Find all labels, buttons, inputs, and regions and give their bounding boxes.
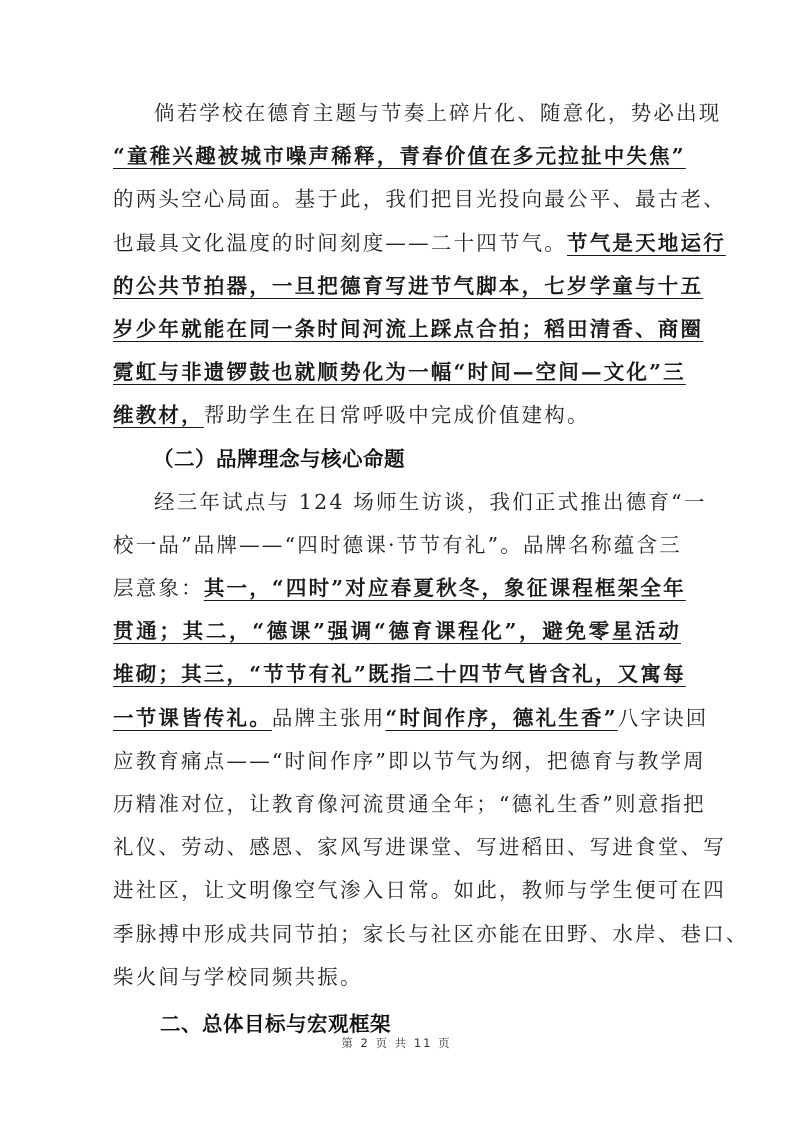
- underlined-emphasis: 维教材，: [113, 403, 204, 427]
- text-line: 倘若学校在德育主题与节奏上碎片化、随意化，势必出现: [113, 92, 681, 135]
- text-line: 也最具文化温度的时间刻度——二十四节气。节气是天地运行: [113, 222, 681, 265]
- text-line: 柴火间与学校同频共振。: [113, 956, 681, 999]
- underlined-emphasis: 一节课皆传礼。: [113, 706, 272, 730]
- underlined-emphasis: 其一，“四时”对应春夏秋冬，象征课程框架全年: [204, 576, 686, 600]
- text-run: 经三年试点与 124 场师生访谈，我们正式推出德育“一: [154, 490, 707, 514]
- text-run: 品牌主张用: [272, 706, 386, 730]
- text-line: “童稚兴趣被城市噪声稀释，青春价值在多元拉扯中失焦”: [113, 135, 681, 178]
- text-line: 堆砌；其三，“节节有礼”既指二十四节气皆含礼，又寓每: [113, 653, 681, 696]
- page-footer: 第 2 页 共 11 页: [0, 1035, 793, 1051]
- text-run: 层意象：: [113, 576, 204, 600]
- document-body: 倘若学校在德育主题与节奏上碎片化、随意化，势必出现“童稚兴趣被城市噪声稀释，青春…: [113, 92, 681, 1046]
- text-run: 也最具文化温度的时间刻度——二十四节气。: [113, 231, 567, 255]
- text-run: 帮助学生在日常呼吸中完成价值建构。: [204, 403, 590, 427]
- subheading-brand-concept: （二）品牌理念与核心命题: [113, 438, 681, 481]
- document-page: 倘若学校在德育主题与节奏上碎片化、随意化，势必出现“童稚兴趣被城市噪声稀释，青春…: [0, 0, 793, 1122]
- text-line: 经三年试点与 124 场师生访谈，我们正式推出德育“一: [113, 481, 681, 524]
- text-run: 礼仪、劳动、感恩、家风写进课堂、写进稻田、写进食堂、写: [113, 835, 726, 859]
- text-line: 维教材，帮助学生在日常呼吸中完成价值建构。: [113, 394, 681, 437]
- text-run: 校一品”品牌——“四时德课·节节有礼”。品牌名称蕴含三: [113, 533, 682, 557]
- text-run: 历精准对位，让教育像河流贯通全年；“德礼生香”则意指把: [113, 792, 706, 816]
- text-line: 季脉搏中形成共同节拍；家长与社区亦能在田野、水岸、巷口、: [113, 913, 681, 956]
- paragraph-brand-concept: 经三年试点与 124 场师生访谈，我们正式推出德育“一校一品”品牌——“四时德课…: [113, 481, 681, 999]
- text-line: 进社区，让文明像空气渗入日常。如此，教师与学生便可在四: [113, 869, 681, 912]
- text-line: 层意象：其一，“四时”对应春夏秋冬，象征课程框架全年: [113, 567, 681, 610]
- text-line: 霓虹与非遗锣鼓也就顺势化为一幅“时间—空间—文化”三: [113, 351, 681, 394]
- paragraph-problem-statement: 倘若学校在德育主题与节奏上碎片化、随意化，势必出现“童稚兴趣被城市噪声稀释，青春…: [113, 92, 681, 438]
- underlined-emphasis: “时间作序，德礼生香”: [385, 706, 617, 730]
- text-line: 礼仪、劳动、感恩、家风写进课堂、写进稻田、写进食堂、写: [113, 826, 681, 869]
- text-line: 历精准对位，让教育像河流贯通全年；“德礼生香”则意指把: [113, 783, 681, 826]
- text-line: 岁少年就能在同一条时间河流上踩点合拍；稻田清香、商圈: [113, 308, 681, 351]
- underlined-emphasis: 堆砌；其三，“节节有礼”既指二十四节气皆含礼，又寓每: [113, 662, 686, 686]
- underlined-emphasis: 的公共节拍器，一旦把德育写进节气脚本，七岁学童与十五: [113, 274, 703, 298]
- text-line: 的两头空心局面。基于此，我们把目光投向最公平、最古老、: [113, 178, 681, 221]
- underlined-emphasis: 节气是天地运行: [567, 231, 726, 255]
- underlined-emphasis: 霓虹与非遗锣鼓也就顺势化为一幅“时间—空间—文化”三: [113, 360, 686, 384]
- text-run: 倘若学校在德育主题与节奏上碎片化、随意化，势必出现: [154, 101, 722, 125]
- underlined-emphasis: “童稚兴趣被城市噪声稀释，青春价值在多元拉扯中失焦”: [113, 144, 686, 168]
- text-run: 季脉搏中形成共同节拍；家长与社区亦能在田野、水岸、巷口、: [113, 922, 749, 946]
- underlined-emphasis: 贯通；其二，“德课”强调“德育课程化”，避免零星活动: [113, 619, 681, 643]
- text-line: 一节课皆传礼。品牌主张用“时间作序，德礼生香”八字诀回: [113, 697, 681, 740]
- text-run: 应教育痛点——“时间作序”即以节气为纲，把德育与教学周: [113, 749, 706, 773]
- text-line: 应教育痛点——“时间作序”即以节气为纲，把德育与教学周: [113, 740, 681, 783]
- underlined-emphasis: 岁少年就能在同一条时间河流上踩点合拍；稻田清香、商圈: [113, 317, 703, 341]
- text-run: 的两头空心局面。基于此，我们把目光投向最公平、最古老、: [113, 187, 726, 211]
- text-run: 进社区，让文明像空气渗入日常。如此，教师与学生便可在四: [113, 878, 726, 902]
- text-line: 贯通；其二，“德课”强调“德育课程化”，避免零星活动: [113, 610, 681, 653]
- text-run: 柴火间与学校同频共振。: [113, 965, 363, 989]
- text-run: 八字诀回: [618, 706, 709, 730]
- text-line: 的公共节拍器，一旦把德育写进节气脚本，七岁学童与十五: [113, 265, 681, 308]
- text-line: 校一品”品牌——“四时德课·节节有礼”。品牌名称蕴含三: [113, 524, 681, 567]
